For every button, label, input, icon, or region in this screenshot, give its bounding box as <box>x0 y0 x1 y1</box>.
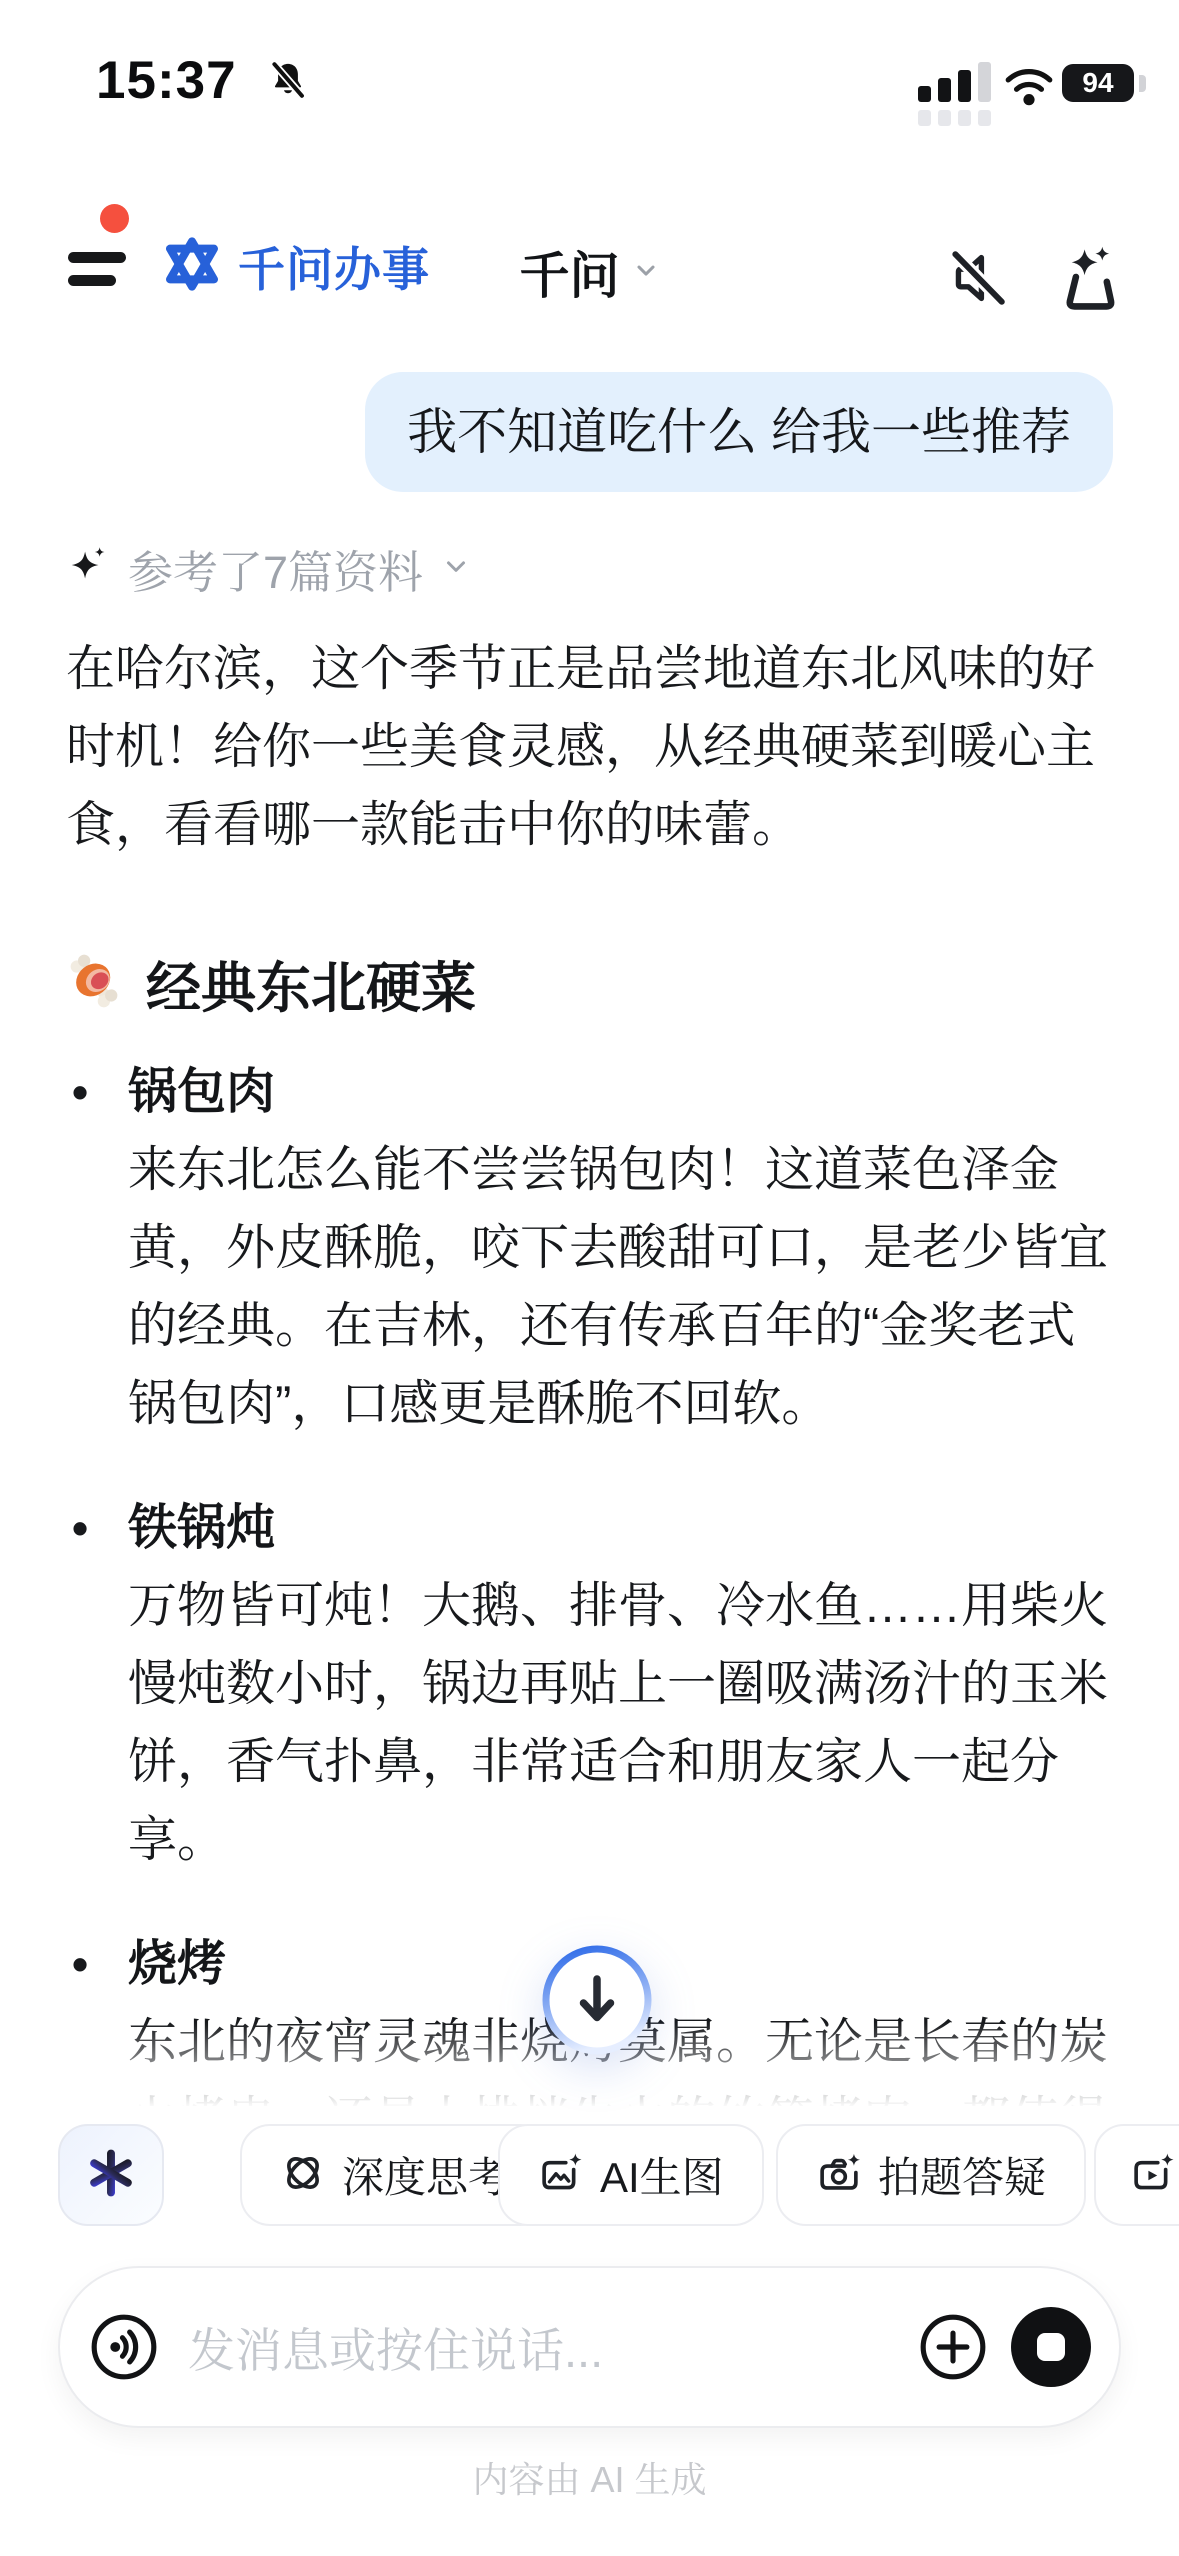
deep-thinking-icon <box>280 2150 326 2201</box>
dish-name: 铁锅炖 <box>128 1489 1118 1567</box>
page-title[interactable]: 千问 <box>520 236 620 308</box>
ai-image-icon <box>538 2150 584 2201</box>
sources-note: 参考了7篇资料 <box>128 536 423 601</box>
ai-disclaimer: 内容由 AI 生成 <box>0 2452 1179 2503</box>
dish-description: 万物皆可炖！大鹅、排骨、冷水鱼……用柴火慢炖数小时，锅边再贴上一圈吸满汤汁的玉米… <box>128 1567 1118 1879</box>
message-composer: 发消息或按住说话... <box>58 2266 1121 2428</box>
video-frame-sparkle-icon <box>1130 2150 1176 2201</box>
list-item: 铁锅炖 万物皆可炖！大鹅、排骨、冷水鱼……用柴火慢炖数小时，锅边再贴上一圈吸满汤… <box>128 1489 1118 1879</box>
voice-input-button[interactable] <box>88 2311 160 2383</box>
section-heading: 经典东北硬菜 <box>62 944 476 1023</box>
app-screen: 15:37 94 千问办事 千问 <box>0 0 1179 2556</box>
chip-label: AI生图 <box>600 2145 724 2205</box>
wifi-icon <box>1002 58 1056 111</box>
attachment-plus-button[interactable] <box>917 2311 989 2383</box>
dish-name: 锅包肉 <box>128 1053 1118 1131</box>
stop-generating-button[interactable] <box>1011 2307 1091 2387</box>
menu-button[interactable] <box>68 248 138 294</box>
sparkle-icon <box>64 543 110 594</box>
qwen-asterisk-logo-icon <box>83 2145 139 2206</box>
assistant-intro-paragraph: 在哈尔滨，这个季节正是品尝地道东北风味的好时机！给你一些美食灵感，从经典硬菜到暖… <box>66 630 1116 864</box>
list-item: 锅包肉 来东北怎么能不尝尝锅包肉！这道菜色泽金黄，外皮酥脆，咬下去酸甜可口，是老… <box>128 1053 1118 1443</box>
camera-sparkle-icon <box>816 2150 862 2201</box>
app-badge[interactable]: 千问办事 <box>160 232 430 301</box>
status-time: 15:37 <box>96 50 237 111</box>
message-input[interactable]: 发消息或按住说话... <box>188 2314 917 2381</box>
section-title: 经典东北硬菜 <box>146 944 476 1023</box>
assistant-mode-chip[interactable] <box>58 2124 164 2226</box>
more-tools-chip[interactable] <box>1094 2124 1179 2226</box>
notification-dot <box>100 204 129 233</box>
photo-question-chip[interactable]: 拍题答疑 <box>776 2124 1086 2226</box>
ai-image-chip[interactable]: AI生图 <box>498 2124 764 2226</box>
cellular-signal-icon <box>918 62 994 122</box>
new-chat-sparkle-button[interactable] <box>1054 244 1126 321</box>
meat-on-bone-emoji <box>62 949 126 1018</box>
chevron-down-icon <box>441 551 471 586</box>
app-badge-label: 千问办事 <box>238 233 430 300</box>
user-message-bubble: 我不知道吃什么 给我一些推荐 <box>365 372 1113 492</box>
battery-indicator: 94 <box>1062 64 1134 102</box>
notifications-muted-icon <box>266 58 310 107</box>
qwen-knot-logo-icon <box>160 232 224 301</box>
sources-toggle[interactable]: 参考了7篇资料 <box>64 538 471 598</box>
chip-label: 深度思考 <box>342 2145 510 2205</box>
chevron-down-icon <box>632 256 660 289</box>
battery-nub <box>1139 75 1146 92</box>
stop-icon <box>1037 2333 1065 2361</box>
mute-read-aloud-button[interactable] <box>944 244 1012 317</box>
scroll-to-bottom-button[interactable] <box>539 1942 655 2058</box>
dish-description: 来东北怎么能不尝尝锅包肉！这道菜色泽金黄，外皮酥脆，咬下去酸甜可口，是老少皆宜的… <box>128 1131 1118 1443</box>
chip-label: 拍题答疑 <box>878 2145 1046 2205</box>
